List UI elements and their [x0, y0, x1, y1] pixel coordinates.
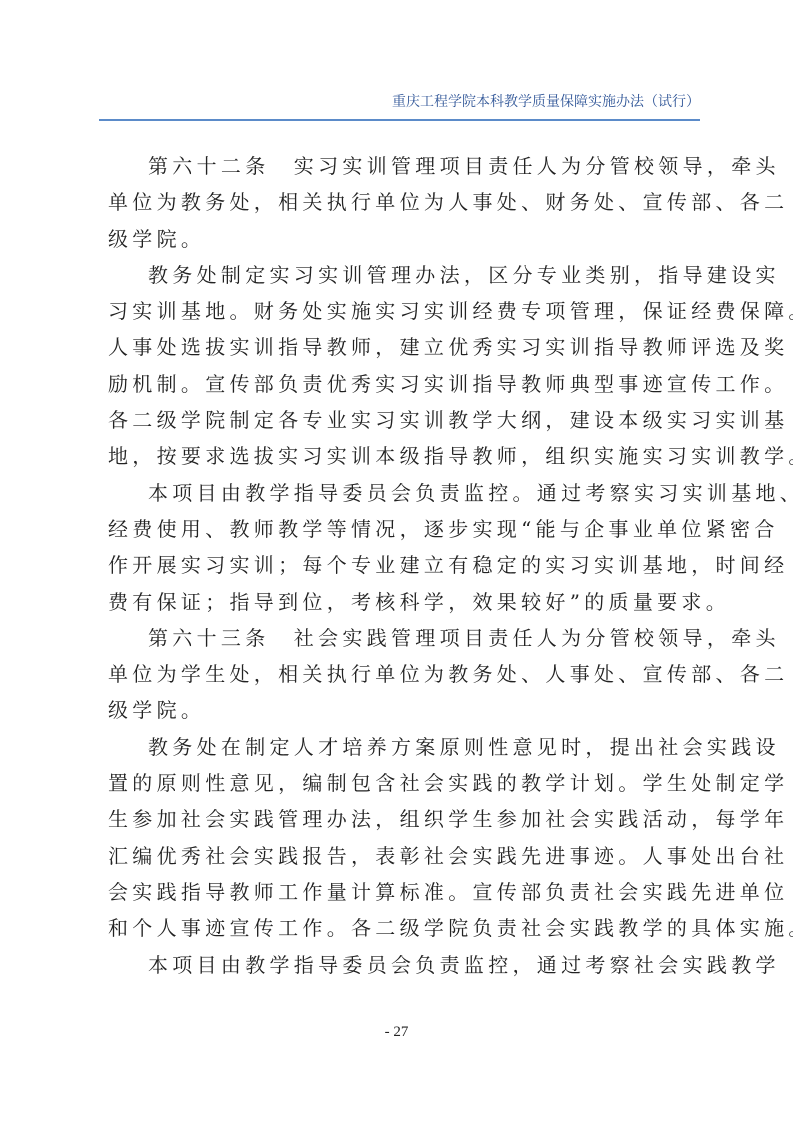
text-line: 教务处制定实习实训管理办法，区分专业类别，指导建设实 [108, 257, 702, 293]
article-63-paragraph-2: 教务处在制定人才培养方案原则性意见时，提出社会实践设 置的原则性意见，编制包含社… [108, 729, 702, 947]
text-line: 级学院。 [108, 221, 702, 257]
text-line: 经费使用、教师教学等情况，逐步实现“能与企事业单位紧密合 [108, 511, 702, 547]
running-header: 重庆工程学院本科教学质量保障实施办法（试行） [99, 92, 700, 112]
text-line: 地，按要求选拔实习实训本级指导教师，组织实施实习实训教学。 [108, 438, 702, 474]
text-line: 和个人事迹宣传工作。各二级学院负责社会实践教学的具体实施。 [108, 910, 702, 946]
header-rule [99, 119, 700, 121]
article-63-paragraph-3: 本项目由教学指导委员会负责监控，通过考察社会实践教学 [108, 947, 702, 983]
text-line: 汇编优秀社会实践报告，表彰社会实践先进事迹。人事处出台社 [108, 838, 702, 874]
text-line: 生参加社会实践管理办法，组织学生参加社会实践活动，每学年 [108, 801, 702, 837]
article-62-paragraph: 第六十二条 实习实训管理项目责任人为分管校领导，牵头 单位为教务处，相关执行单位… [108, 148, 702, 257]
text-line: 本项目由教学指导委员会负责监控。通过考察实习实训基地、 [108, 475, 702, 511]
body-text: 第六十二条 实习实训管理项目责任人为分管校领导，牵头 单位为教务处，相关执行单位… [108, 148, 702, 983]
text-line: 第六十二条 实习实训管理项目责任人为分管校领导，牵头 [108, 148, 702, 184]
article-62-paragraph-3: 本项目由教学指导委员会负责监控。通过考察实习实训基地、 经费使用、教师教学等情况… [108, 475, 702, 620]
text-line: 习实训基地。财务处实施实习实训经费专项管理，保证经费保障。 [108, 293, 702, 329]
text-line: 级学院。 [108, 692, 702, 728]
text-line: 单位为学生处，相关执行单位为教务处、人事处、宣传部、各二 [108, 656, 702, 692]
text-line: 教务处在制定人才培养方案原则性意见时，提出社会实践设 [108, 729, 702, 765]
text-line: 人事处选拔实训指导教师，建立优秀实习实训指导教师评选及奖 [108, 329, 702, 365]
text-line: 会实践指导教师工作量计算标准。宣传部负责社会实践先进单位 [108, 874, 702, 910]
text-line: 各二级学院制定各专业实习实训教学大纲，建设本级实习实训基 [108, 402, 702, 438]
text-line: 费有保证；指导到位，考核科学，效果较好”的质量要求。 [108, 584, 702, 620]
article-63-paragraph: 第六十三条 社会实践管理项目责任人为分管校领导，牵头 单位为学生处，相关执行单位… [108, 620, 702, 729]
article-62-paragraph-2: 教务处制定实习实训管理办法，区分专业类别，指导建设实 习实训基地。财务处实施实习… [108, 257, 702, 475]
text-line: 第六十三条 社会实践管理项目责任人为分管校领导，牵头 [108, 620, 702, 656]
text-line: 置的原则性意见，编制包含社会实践的教学计划。学生处制定学 [108, 765, 702, 801]
page-number: - 27 [0, 1024, 793, 1041]
text-line: 本项目由教学指导委员会负责监控，通过考察社会实践教学 [108, 947, 702, 983]
text-line: 单位为教务处，相关执行单位为人事处、财务处、宣传部、各二 [108, 184, 702, 220]
text-line: 作开展实习实训；每个专业建立有稳定的实习实训基地，时间经 [108, 547, 702, 583]
text-line: 励机制。宣传部负责优秀实习实训指导教师典型事迹宣传工作。 [108, 366, 702, 402]
